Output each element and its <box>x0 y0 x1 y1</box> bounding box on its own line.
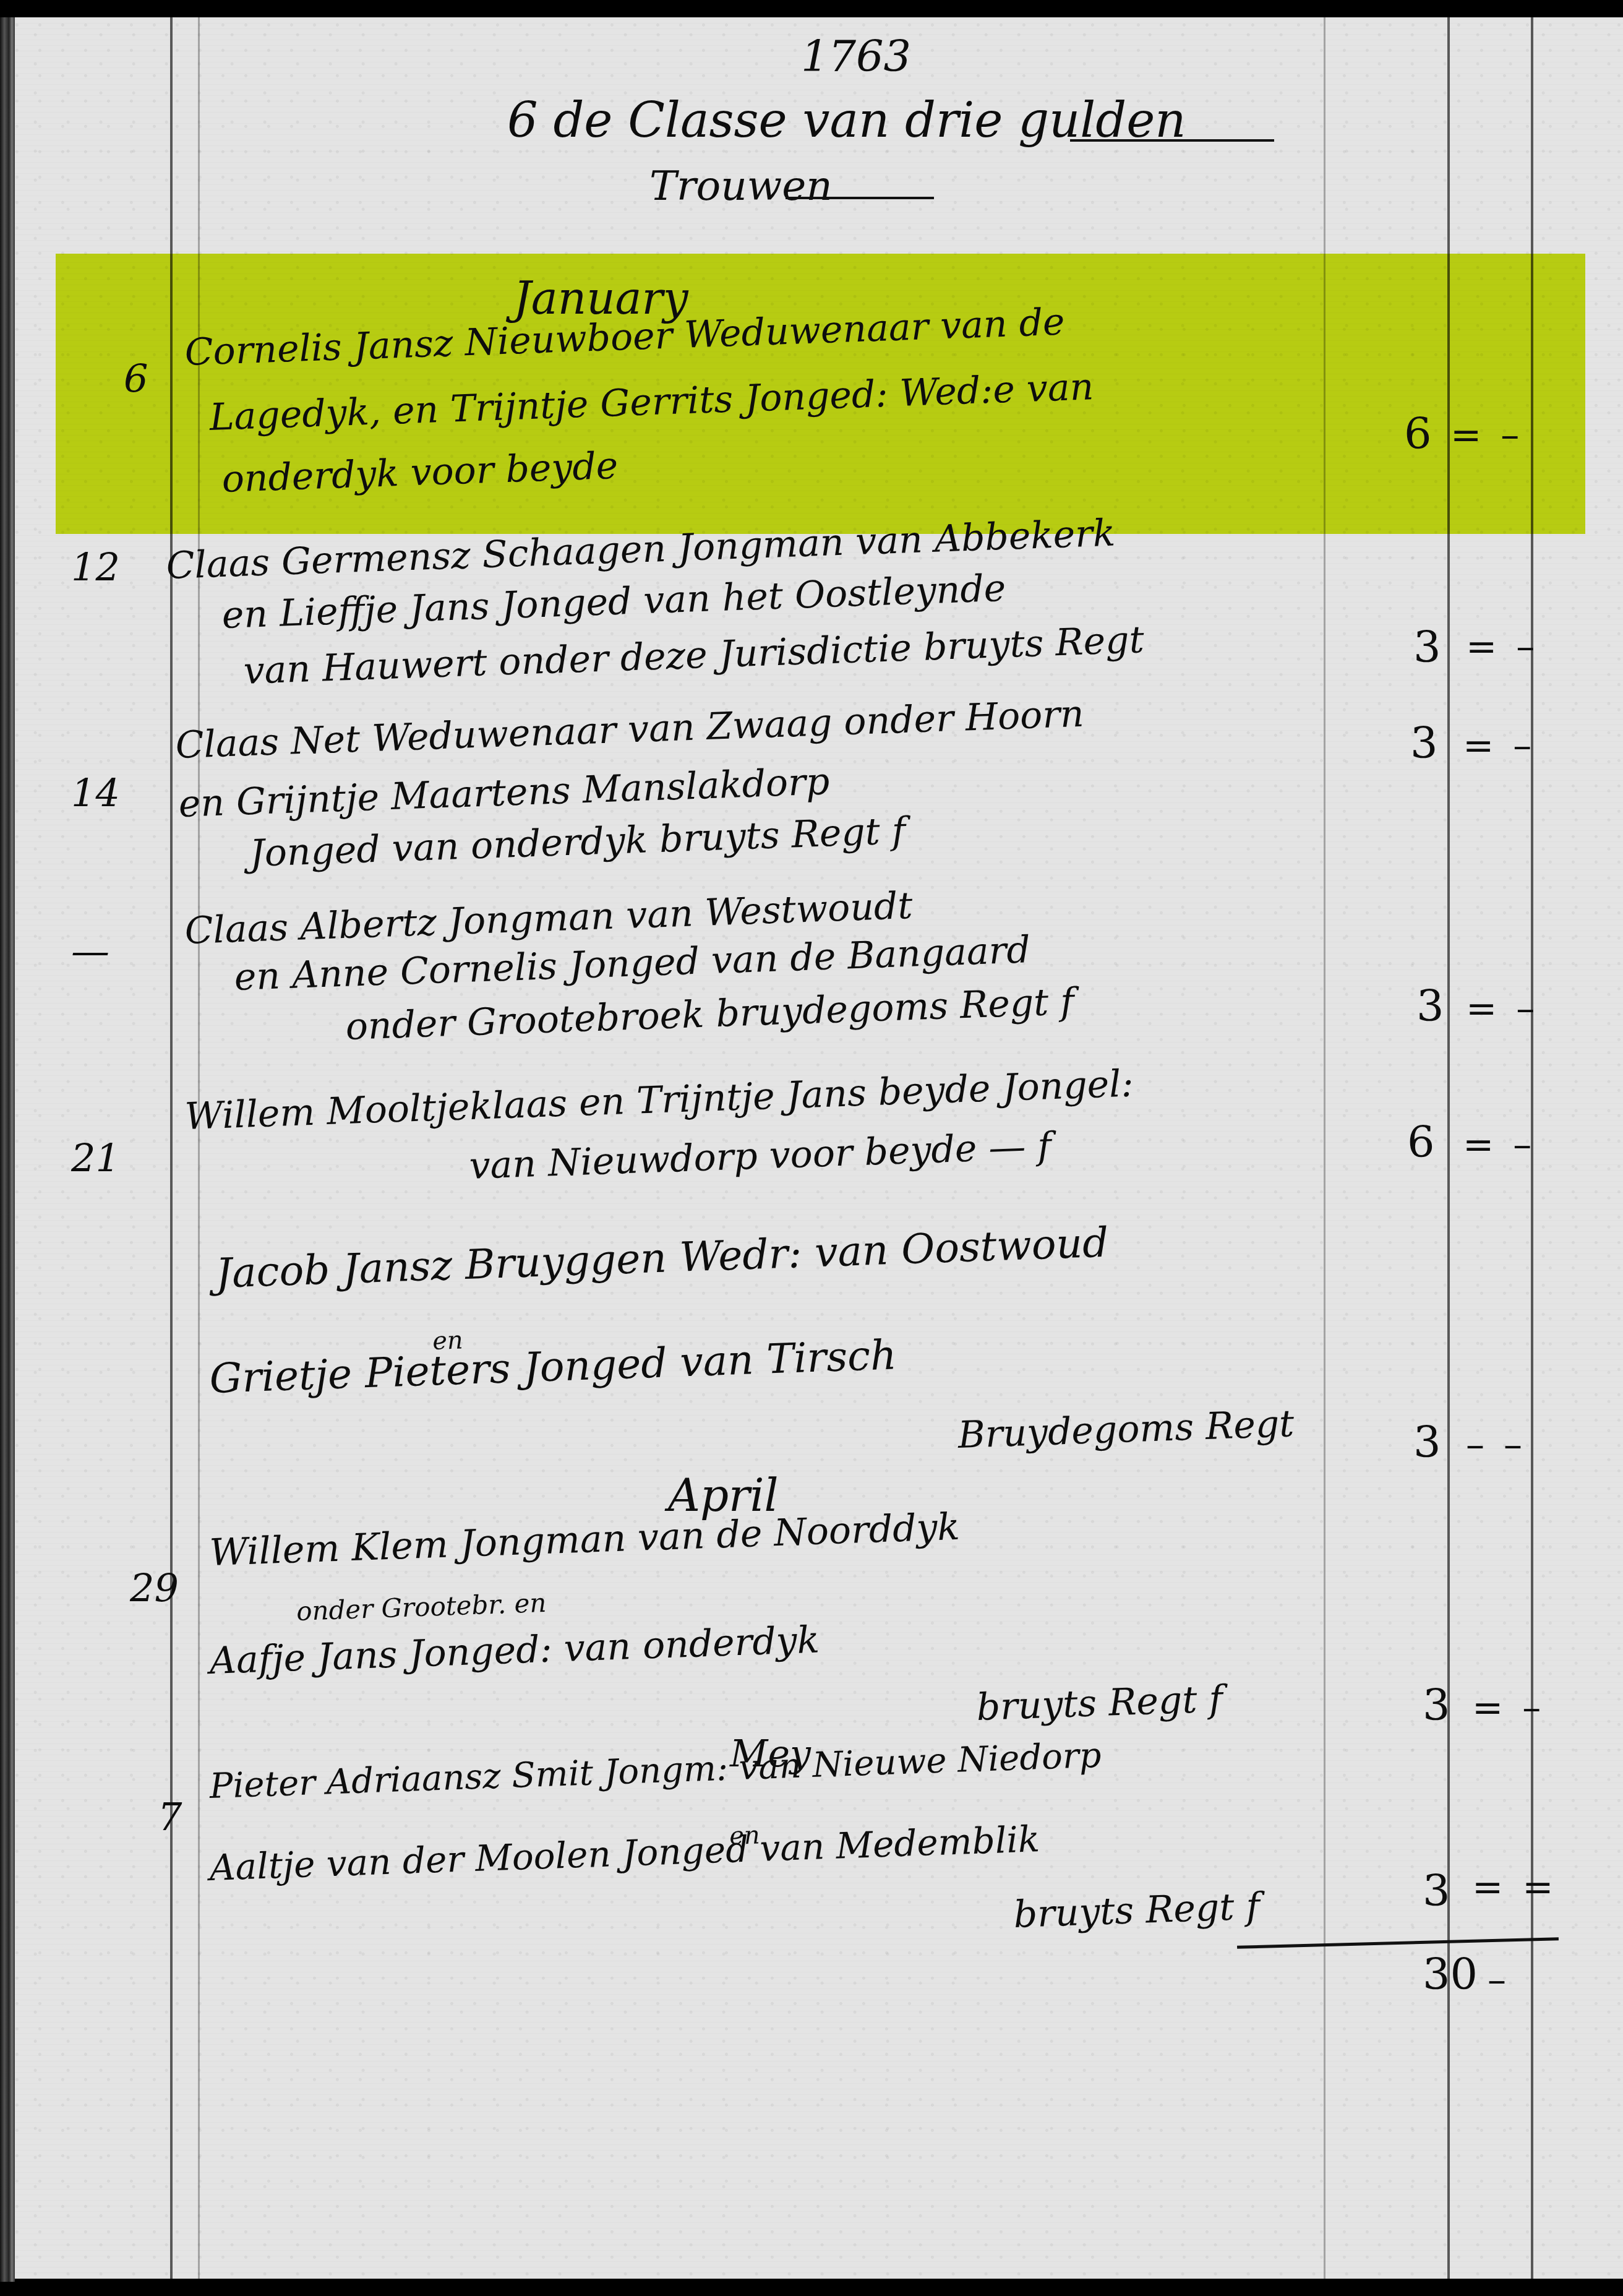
entry-date: 12 <box>71 544 120 590</box>
entry-amount-suffix: = = <box>1472 1865 1557 1909</box>
entry-date: 6 <box>124 356 148 401</box>
entry-amount-suffix: = – <box>1450 413 1523 457</box>
entry-date: 14 <box>71 770 120 815</box>
entry-amount: 3 <box>1413 1417 1441 1468</box>
entry-amount-suffix: = – <box>1472 1686 1544 1729</box>
header-section: Trouwen <box>649 162 833 210</box>
entry-date: 7 <box>158 1794 182 1839</box>
entry-amount: 3 <box>1423 1865 1450 1916</box>
entry-line: bruyts Regt f <box>976 1677 1223 1729</box>
entry-amount-suffix: – – <box>1466 1423 1526 1466</box>
header-underline <box>1070 139 1274 142</box>
entry-amount: 6 <box>1404 408 1432 459</box>
entry-amount-suffix: = – <box>1463 724 1535 767</box>
entry-amount: 3 <box>1410 718 1438 768</box>
entry-amount-suffix: = – <box>1466 987 1538 1030</box>
entry-date: — <box>71 928 109 973</box>
book-binding-edge <box>0 17 15 2282</box>
entry-line: bruyts Regt f <box>1013 1885 1261 1937</box>
entry-date: 29 <box>130 1565 179 1610</box>
total-amount: 30 <box>1423 1949 1478 2000</box>
section-underline <box>786 197 934 199</box>
entry-amount-suffix: = – <box>1466 625 1538 668</box>
entry-amount-suffix: = – <box>1463 1123 1535 1166</box>
entry-amount: 3 <box>1423 1680 1450 1731</box>
total-suffix: – <box>1488 1958 1510 2001</box>
header-year: 1763 <box>801 31 911 82</box>
entry-date: 21 <box>71 1135 120 1180</box>
entry-amount: 3 <box>1416 981 1444 1031</box>
entry-amount: 6 <box>1407 1117 1435 1167</box>
entry-amount: 3 <box>1413 622 1441 673</box>
